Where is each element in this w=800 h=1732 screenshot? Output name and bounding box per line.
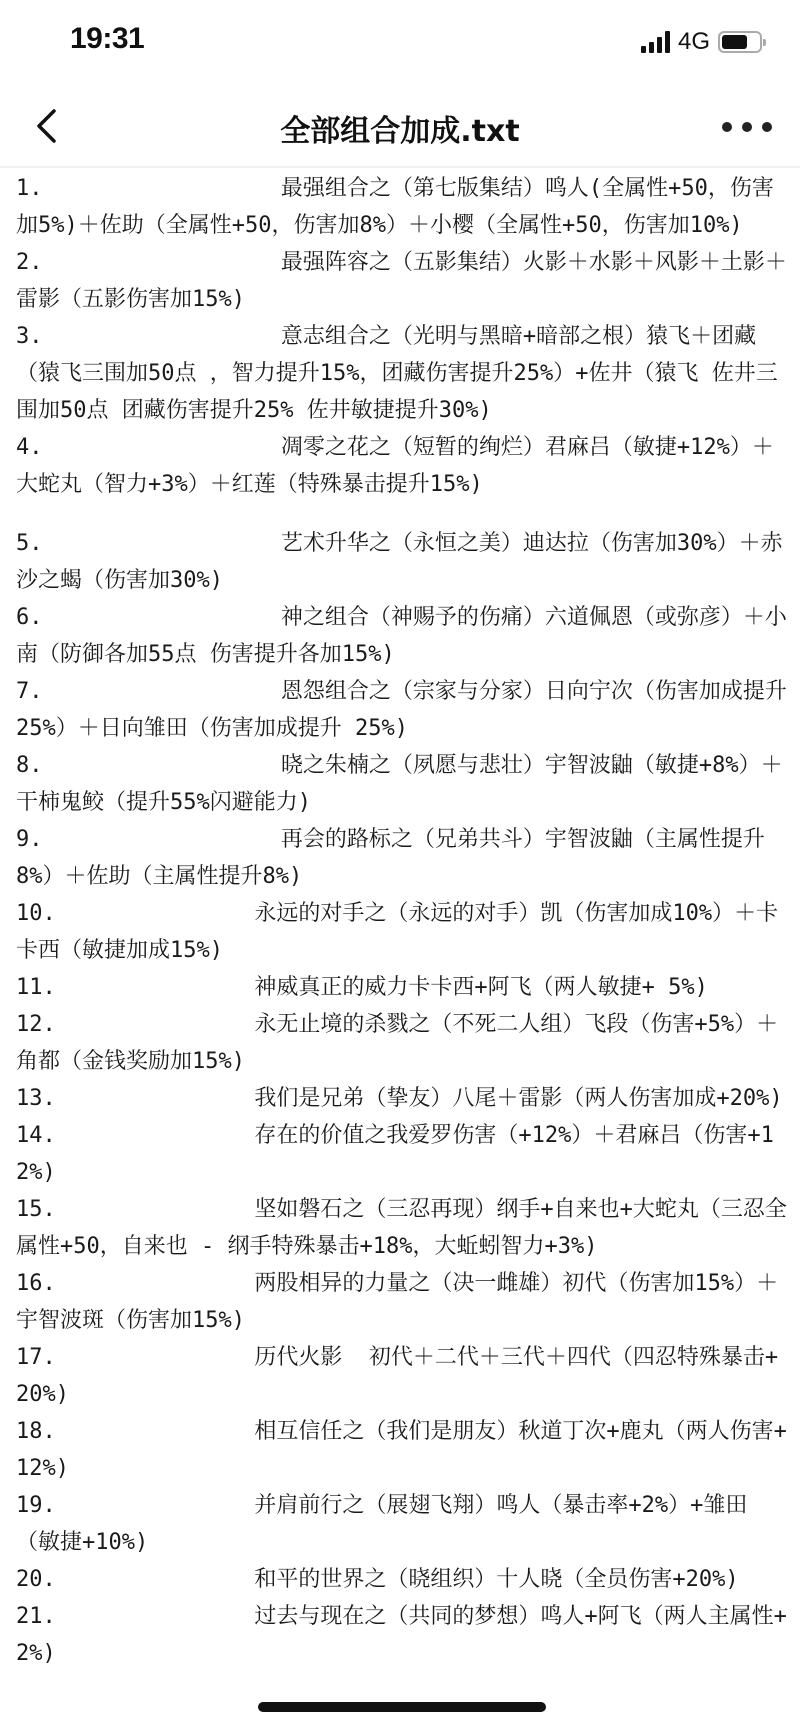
status-indicators: 4G [641, 28, 762, 56]
navigation-bar: 全部组合加成.txt [0, 88, 800, 168]
list-item: 2. 最强阵容之（五影集结）火影＋水影＋风影＋土影＋雷影（五影伤害加15%) [16, 244, 790, 318]
list-item: 5. 艺术升华之（永恒之美）迪达拉（伤害加30%）＋赤沙之蝎（伤害加30%) [16, 525, 790, 599]
list-item: 13. 我们是兄弟（挚友）八尾＋雷影（两人伤害加成+20%) [16, 1080, 790, 1117]
list-item: 17. 历代火影 初代＋二代＋三代＋四代（四忍特殊暴击+20%) [16, 1339, 790, 1413]
list-item: 21. 过去与现在之（共同的梦想）鸣人+阿飞（两人主属性+2%) [16, 1598, 790, 1672]
list-item: 6. 神之组合（神赐予的伤痛）六道佩恩（或弥彦）＋小南（防御各加55点 伤害提升… [16, 599, 790, 673]
signal-bars-icon [641, 31, 670, 53]
page-title: 全部组合加成.txt [0, 106, 800, 150]
list-item: 15. 坚如磐石之（三忍再现）纲手+自来也+大蛇丸（三忍全属性+50，自来也 -… [16, 1191, 790, 1265]
text-document-content: 1. 最强组合之（第七版集结）鸣人(全属性+50，伤害加5%)＋佐助（全属性+5… [16, 170, 790, 1672]
list-item: 14. 存在的价值之我爱罗伤害（+12%）＋君麻吕（伤害+12%) [16, 1117, 790, 1191]
list-item: 16. 两股相异的力量之（决一雌雄）初代（伤害加15%）＋宇智波斑（伤害加15%… [16, 1265, 790, 1339]
list-item: 20. 和平的世界之（晓组织）十人晓（全员伤害+20%) [16, 1561, 790, 1598]
list-item: 11. 神威真正的威力卡卡西+阿飞（两人敏捷+ 5%) [16, 969, 790, 1006]
list-item: 4. 凋零之花之（短暂的绚烂）君麻吕（敏捷+12%）＋大蛇丸（智力+3%）＋红莲… [16, 429, 790, 503]
list-item: 7. 恩怨组合之（宗家与分家）日向宁次（伤害加成提升 25%）＋日向雏田（伤害加… [16, 673, 790, 747]
list-item: 9. 再会的路标之（兄弟共斗）宇智波鼬（主属性提升8%）＋佐助（主属性提升8%) [16, 821, 790, 895]
more-dots-icon [722, 122, 732, 132]
status-bar: 19:31 4G [0, 0, 800, 88]
list-item: 3. 意志组合之（光明与黑暗+暗部之根）猿飞＋团藏（猿飞三围加50点 ，智力提升… [16, 318, 790, 429]
list-item: 19. 并肩前行之（展翅飞翔）鸣人（暴击率+2%）+雏田（敏捷+10%) [16, 1487, 790, 1561]
list-item: 8. 晓之朱楠之（夙愿与悲壮）宇智波鼬（敏捷+8%）＋干柿鬼鲛（提升55%闪避能… [16, 747, 790, 821]
list-item: 10. 永远的对手之（永远的对手）凯（伤害加成10%）＋卡卡西（敏捷加成15%) [16, 895, 790, 969]
home-indicator[interactable] [258, 1702, 546, 1712]
list-item: 12. 永无止境的杀戮之（不死二人组）飞段（伤害+5%）＋角都（金钱奖励加15%… [16, 1006, 790, 1080]
status-time: 19:31 [70, 22, 144, 56]
battery-icon [718, 31, 762, 53]
more-options-button[interactable] [722, 112, 772, 142]
network-type: 4G [678, 28, 710, 56]
list-item: 1. 最强组合之（第七版集结）鸣人(全属性+50，伤害加5%)＋佐助（全属性+5… [16, 170, 790, 244]
list-item: 18. 相互信任之（我们是朋友）秋道丁次+鹿丸（两人伤害+12%) [16, 1413, 790, 1487]
